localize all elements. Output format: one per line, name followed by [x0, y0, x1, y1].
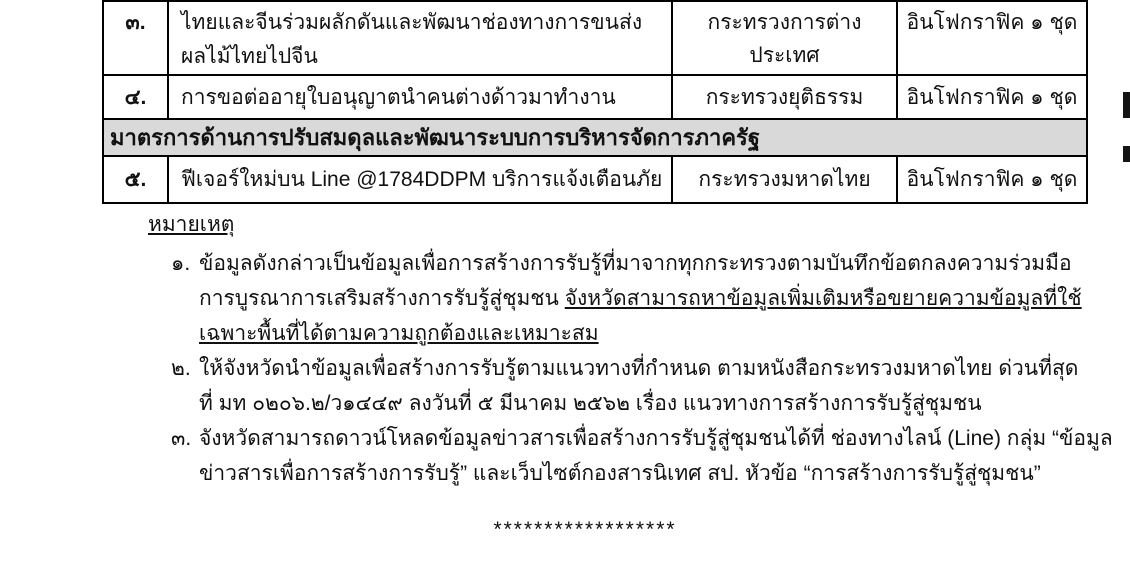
note-line: การบูรณาการเสริมสร้างการรับรู้สู่ชุมชน [199, 287, 565, 310]
row-topic: การขอต่ออายุใบอนุญาตนำคนต่างด้าวมาทำงาน [168, 75, 672, 119]
row-ministry: กระทรวงการต่างประเทศ [672, 1, 897, 75]
table-row: ๕. ฟีเจอร์ใหม่บน Line @1784DDPM บริการแจ… [103, 156, 1087, 203]
section-header-row: มาตรการด้านการปรับสมดุลและพัฒนาระบบการบร… [103, 119, 1087, 156]
note-line: ข่าวสารเพื่อการสร้างการรับรู้” และเว็บไซ… [199, 462, 1041, 485]
row-media: อินโฟกราฟิค ๑ ชุด [897, 1, 1087, 75]
note-line-underlined: เฉพาะพื้นที่ได้ตามความถูกต้องและเหมาะสม [199, 322, 599, 345]
row-topic: ไทยและจีนร่วมผลักดันและพัฒนาช่องทางการขน… [168, 1, 672, 75]
notes-heading: หมายเหตุ [148, 212, 234, 238]
row-media: อินโฟกราฟิค ๑ ชุด [897, 75, 1087, 119]
note-line: ที่ มท ๐๒๐๖.๒/ว๑๔๔๙ ลงวันที่ ๕ มีนาคม ๒๕… [199, 392, 982, 415]
topic-line-2: ผลไม้ไทยไปจีน [181, 40, 665, 74]
row-ministry: กระทรวงยุติธรรม [672, 75, 897, 119]
note-number: ๑. [171, 246, 199, 351]
topic-line-1: ไทยและจีนร่วมผลักดันและพัฒนาช่องทางการขน… [181, 6, 665, 40]
row-ministry: กระทรวงมหาดไทย [672, 156, 897, 203]
note-item-3: ๓. จังหวัดสามารถดาวน์โหลดข้อมูลข่าวสารเพ… [148, 421, 1113, 491]
table-row: ๓. ไทยและจีนร่วมผลักดันและพัฒนาช่องทางกา… [103, 1, 1087, 75]
row-number: ๕. [103, 156, 168, 203]
note-number: ๒. [171, 351, 199, 421]
row-number: ๔. [103, 75, 168, 119]
note-line: จังหวัดสามารถดาวน์โหลดข้อมูลข่าวสารเพื่อ… [199, 427, 1113, 450]
section-header-label: มาตรการด้านการปรับสมดุลและพัฒนาระบบการบร… [103, 119, 1087, 156]
note-text: ให้จังหวัดนำข้อมูลเพื่อสร้างการรับรู้ตาม… [199, 351, 1078, 421]
scan-artifact [1123, 92, 1130, 118]
note-item-2: ๒. ให้จังหวัดนำข้อมูลเพื่อสร้างการรับรู้… [148, 351, 1113, 421]
row-media: อินโฟกราฟิค ๑ ชุด [897, 156, 1087, 203]
note-line-underlined: จังหวัดสามารถหาข้อมูลเพิ่มเติมหรือขยายคว… [565, 287, 1082, 310]
note-number: ๓. [171, 421, 199, 491]
row-topic: ฟีเจอร์ใหม่บน Line @1784DDPM บริการแจ้งเ… [168, 156, 672, 203]
note-text: จังหวัดสามารถดาวน์โหลดข้อมูลข่าวสารเพื่อ… [199, 421, 1113, 491]
note-text: ข้อมูลดังกล่าวเป็นข้อมูลเพื่อการสร้างการ… [199, 246, 1082, 351]
note-line: ให้จังหวัดนำข้อมูลเพื่อสร้างการรับรู้ตาม… [199, 357, 1078, 380]
table-row: ๔. การขอต่ออายุใบอนุญาตนำคนต่างด้าวมาทำง… [103, 75, 1087, 119]
content-table: ๓. ไทยและจีนร่วมผลักดันและพัฒนาช่องทางกา… [102, 0, 1088, 204]
notes-section: หมายเหตุ ๑. ข้อมูลดังกล่าวเป็นข้อมูลเพื่… [148, 212, 1113, 491]
note-item-1: ๑. ข้อมูลดังกล่าวเป็นข้อมูลเพื่อการสร้าง… [148, 246, 1113, 351]
row-number: ๓. [103, 1, 168, 75]
note-line: ข้อมูลดังกล่าวเป็นข้อมูลเพื่อการสร้างการ… [199, 252, 1072, 275]
scan-artifact [1123, 146, 1130, 162]
asterisk-separator: ****************** [102, 518, 1068, 542]
